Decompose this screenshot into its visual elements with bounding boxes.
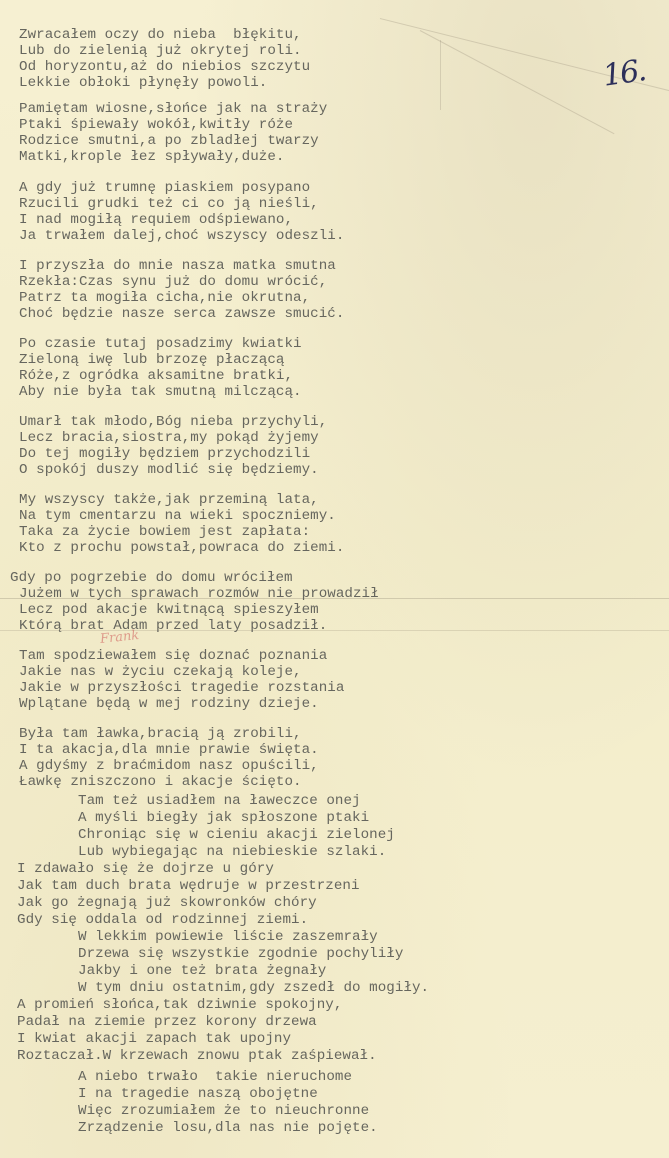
poem-line: A niebo trwało takie nieruchome [78, 1069, 352, 1085]
poem-line: Po czasie tutaj posadzimy kwiatki [19, 336, 302, 352]
poem-line: Tam też usiadłem na ławeczce onej [78, 793, 361, 809]
poem-line: Umarł tak młodo,Bóg nieba przychyli, [19, 414, 327, 430]
poem-line: Więc zrozumiałem że to nieuchronne [78, 1103, 369, 1119]
poem-line: Zwracałem oczy do nieba błękitu, [19, 27, 302, 43]
poem-line: My wszyscy także,jak przeminą lata, [19, 492, 319, 508]
poem-line: A promień słońca,tak dziwnie spokojny, [17, 997, 342, 1013]
poem-line: I zdawało się że dojrze u góry [17, 861, 274, 877]
poem-line: Na tym cmentarzu na wieki spoczniemy. [19, 508, 336, 524]
poem-line: Chroniąc się w cieniu akacji zielonej [78, 827, 395, 843]
poem-line: Była tam ławka,bracią ją zrobili, [19, 726, 302, 742]
poem-line: W lekkim powiewie liście zaszemrały [78, 929, 378, 945]
poem-line: Rodzice smutni,a po zbladłej twarzy [19, 133, 319, 149]
poem-line: W tym dniu ostatnim,gdy zszedł do mogiły… [78, 980, 429, 996]
poem-line: Jakby i one też brata żegnały [78, 963, 326, 979]
poem-line: Drzewa się wszystkie zgodnie pochyliły [78, 946, 403, 962]
poem-line: Taka za życie bowiem jest zapłata: [19, 524, 310, 540]
poem-line: Padał na ziemie przez korony drzewa [17, 1014, 317, 1030]
poem-line: Jak go żegnają już skowronków chóry [17, 895, 317, 911]
poem-line: Choć będzie nasze serca zawsze smucić. [19, 306, 344, 322]
poem-line: Lecz bracia,siostra,my pokąd żyjemy [19, 430, 319, 446]
poem-line: Jakie nas w życiu czekają koleje, [19, 664, 302, 680]
poem-line: Lub do zielenią już okrytej roli. [19, 43, 302, 59]
poem-line: Róże,z ogródka aksamitne bratki, [19, 368, 293, 384]
poem-line: Którą brat Adam przed laty posadził. [19, 618, 327, 634]
paper-crease [440, 40, 441, 110]
poem-line: Lekkie obłoki płynęły powoli. [19, 75, 267, 91]
poem-line: Od horyzontu,aż do niebios szczytu [19, 59, 310, 75]
poem-line: Aby nie była tak smutną milczącą. [19, 384, 302, 400]
poem-line: Wplątane będą w mej rodziny dzieje. [19, 696, 319, 712]
poem-line: Matki,krople łez spływały,duże. [19, 149, 284, 165]
poem-line: Patrz ta mogiła cicha,nie okrutna, [19, 290, 310, 306]
poem-line: I nad mogiłą requiem odśpiewano, [19, 212, 293, 228]
poem-line: A gdyśmy z braćmidom nasz opuścili, [19, 758, 319, 774]
poem-line: Roztaczał.W krzewach znowu ptak zaśpiewa… [17, 1048, 377, 1064]
poem-line: Ptaki śpiewały wokół,kwitły róże [19, 117, 293, 133]
poem-line: I na tragedie naszą obojętne [78, 1086, 318, 1102]
poem-line: I przyszła do mnie nasza matka smutna [19, 258, 336, 274]
poem-line: Ławkę zniszczono i akacje ścięto. [19, 774, 302, 790]
poem-line: Do tej mogiły będziem przychodzili [19, 446, 310, 462]
poem-line: O spokój duszy modlić się będziemy. [19, 462, 319, 478]
poem-line: Ja trwałem dalej,choć wszyscy odeszli. [19, 228, 344, 244]
poem-line: I kwiat akacji zapach tak upojny [17, 1031, 291, 1047]
poem-line: A myśli biegły jak spłoszone ptaki [78, 810, 369, 826]
poem-line: Rzekła:Czas synu już do domu wrócić, [19, 274, 327, 290]
poem-line: Zrządzenie losu,dla nas nie pojęte. [78, 1120, 378, 1136]
poem-line: Jak tam duch brata wędruje w przestrzeni [17, 878, 360, 894]
poem-line: Zieloną iwę lub brzozę płaczącą [19, 352, 284, 368]
poem-line: Rzucili grudki też ci co ją nieśli, [19, 196, 319, 212]
poem-line: Lub wybiegając na niebieskie szlaki. [78, 844, 386, 860]
poem-line: Gdy po pogrzebie do domu wróciłem [10, 570, 293, 586]
poem-line: Jużem w tych sprawach rozmów nie prowadz… [19, 586, 379, 602]
handwritten-page-number: 16. [601, 53, 647, 93]
poem-line: Pamiętam wiosne,słońce jak na straży [19, 101, 327, 117]
poem-line: Jakie w przyszłości tragedie rozstania [19, 680, 344, 696]
poem-line: Lecz pod akacje kwitnącą spieszyłem [19, 602, 319, 618]
poem-line: I ta akacja,dla mnie prawie święta. [19, 742, 319, 758]
poem-line: A gdy już trumnę piaskiem posypano [19, 180, 310, 196]
poem-line: Tam spodziewałem się doznać poznania [19, 648, 327, 664]
poem-line: Gdy się oddala od rodzinnej ziemi. [17, 912, 308, 928]
poem-line: Kto z prochu powstał,powraca do ziemi. [19, 540, 344, 556]
